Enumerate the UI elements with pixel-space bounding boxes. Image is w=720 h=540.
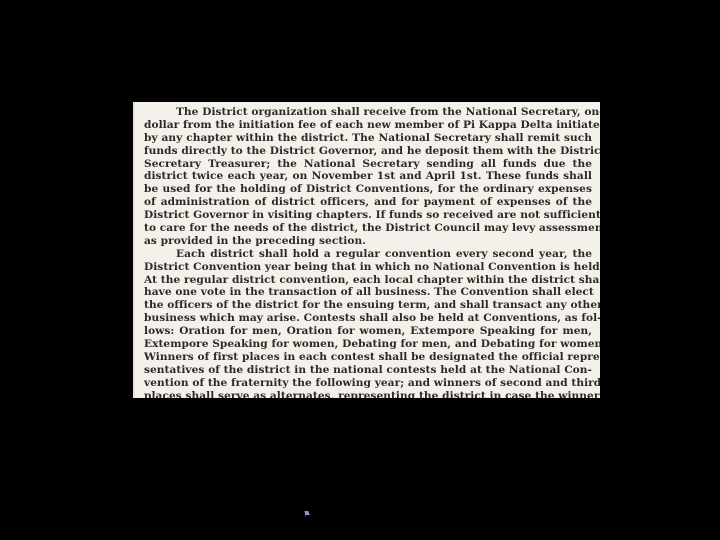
screen: The District organization shall receive … — [0, 0, 720, 540]
paragraph: Each district shall hold a regular conve… — [144, 248, 592, 398]
text-line: Winners of first places in each contest … — [144, 351, 592, 364]
text-line: as provided in the preceding section. — [144, 235, 592, 248]
text-line: dollar from the initiation fee of each n… — [144, 119, 592, 132]
text-line: The District organization shall receive … — [144, 106, 592, 119]
text-line: business which may arise. Contests shall… — [144, 312, 592, 325]
text-line: sentatives of the district in the nation… — [144, 364, 592, 377]
text-line: have one vote in the transaction of all … — [144, 286, 592, 299]
text-line: Secretary Treasurer; the National Secret… — [144, 158, 592, 171]
text-line: funds directly to the District Governor,… — [144, 145, 592, 158]
text-line: At the regular district convention, each… — [144, 274, 592, 287]
text-line: of administration of district officers, … — [144, 196, 592, 209]
text-line: District Governor in visiting chapters. … — [144, 209, 592, 222]
document-text: The District organization shall receive … — [144, 106, 592, 398]
paragraph-container: The District organization shall receive … — [144, 106, 592, 398]
text-line: vention of the fraternity the following … — [144, 377, 592, 390]
text-line: the officers of the district for the ens… — [144, 299, 592, 312]
text-line: by any chapter within the district. The … — [144, 132, 592, 145]
text-line: lows: Oration for men, Oration for women… — [144, 325, 592, 338]
text-line: District Convention year being that in w… — [144, 261, 592, 274]
text-line: district twice each year, on November 1s… — [144, 170, 592, 183]
text-line: places shall serve as alternates, repres… — [144, 390, 592, 398]
text-line: be used for the holding of District Conv… — [144, 183, 592, 196]
paragraph: The District organization shall receive … — [144, 106, 592, 248]
scanned-document-image: The District organization shall receive … — [133, 102, 600, 398]
text-line: to care for the needs of the district, t… — [144, 222, 592, 235]
text-line: Extempore Speaking for women, Debating f… — [144, 338, 592, 351]
text-line: Each district shall hold a regular conve… — [144, 248, 592, 261]
mouse-cursor-icon — [305, 511, 308, 517]
